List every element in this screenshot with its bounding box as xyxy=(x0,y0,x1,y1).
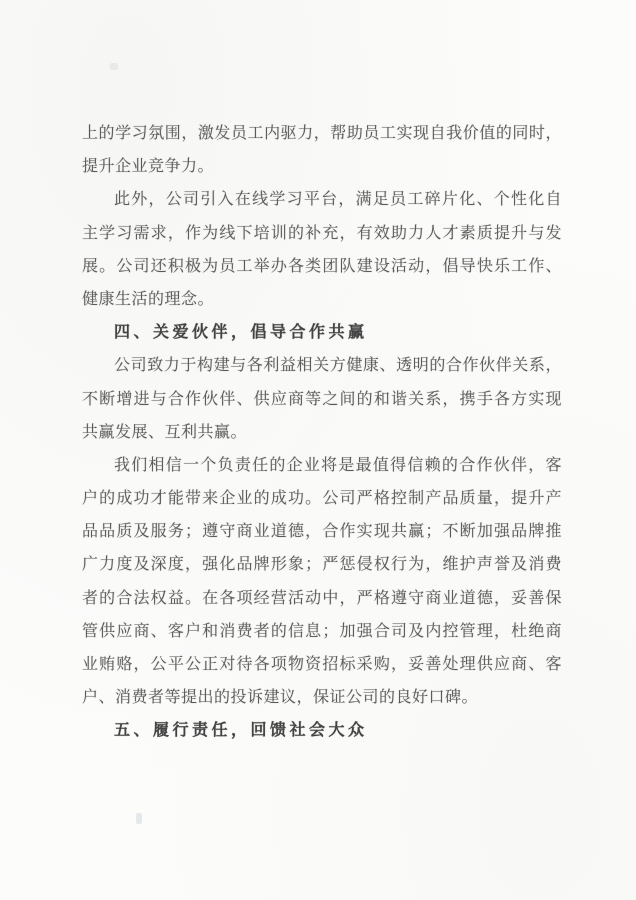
section-heading-4: 四、关爱伙伴，倡导合作共赢 xyxy=(82,316,562,349)
text-line: 此外，公司引入在线学习平台，满足员工碎片化、个性化自 xyxy=(82,183,562,216)
text-line: 展。公司还积极为员工举办各类团队建设活动，倡导快乐工作、 xyxy=(82,250,562,283)
text-line: 户、消费者等提出的投诉建议，保证公司的良好口碑。 xyxy=(82,681,562,714)
text-line: 上的学习氛围，激发员工内驱力，帮助员工实现自我价值的同时， xyxy=(82,117,562,150)
text-line: 户的成功才能带来企业的成功。公司严格控制产品质量，提升产 xyxy=(82,482,562,515)
text-line: 共赢发展、互利共赢。 xyxy=(82,416,562,449)
text-line: 提升企业竞争力。 xyxy=(82,150,562,183)
text-line: 者的合法权益。在各项经营活动中，严格遵守商业道德，妥善保 xyxy=(82,582,562,615)
scan-artifact xyxy=(136,813,142,824)
text-line: 业贿赂，公平公正对待各项物资招标采购，妥善处理供应商、客 xyxy=(82,648,562,681)
text-line: 我们相信一个负责任的企业将是最值得信赖的合作伙伴，客 xyxy=(82,449,562,482)
text-line: 主学习需求，作为线下培训的补充，有效助力人才素质提升与发 xyxy=(82,217,562,250)
text-line: 广力度及深度，强化品牌形象；严惩侵权行为，维护声誉及消费 xyxy=(82,548,562,581)
document-page: 上的学习氛围，激发员工内驱力，帮助员工实现自我价值的同时， 提升企业竞争力。 此… xyxy=(0,0,636,900)
text-block: 上的学习氛围，激发员工内驱力，帮助员工实现自我价值的同时， 提升企业竞争力。 此… xyxy=(82,117,562,748)
scan-artifact xyxy=(110,63,118,70)
text-line: 公司致力于构建与各利益相关方健康、透明的合作伙伴关系， xyxy=(82,349,562,382)
text-line: 管供应商、客户和消费者的信息；加强合司及内控管理，杜绝商 xyxy=(82,615,562,648)
section-heading-5: 五、履行责任，回馈社会大众 xyxy=(82,714,562,747)
text-line: 健康生活的理念。 xyxy=(82,283,562,316)
text-line: 不断增进与合作伙伴、供应商等之间的和谐关系，携手各方实现 xyxy=(82,383,562,416)
text-line: 品品质及服务；遵守商业道德，合作实现共赢；不断加强品牌推 xyxy=(82,515,562,548)
